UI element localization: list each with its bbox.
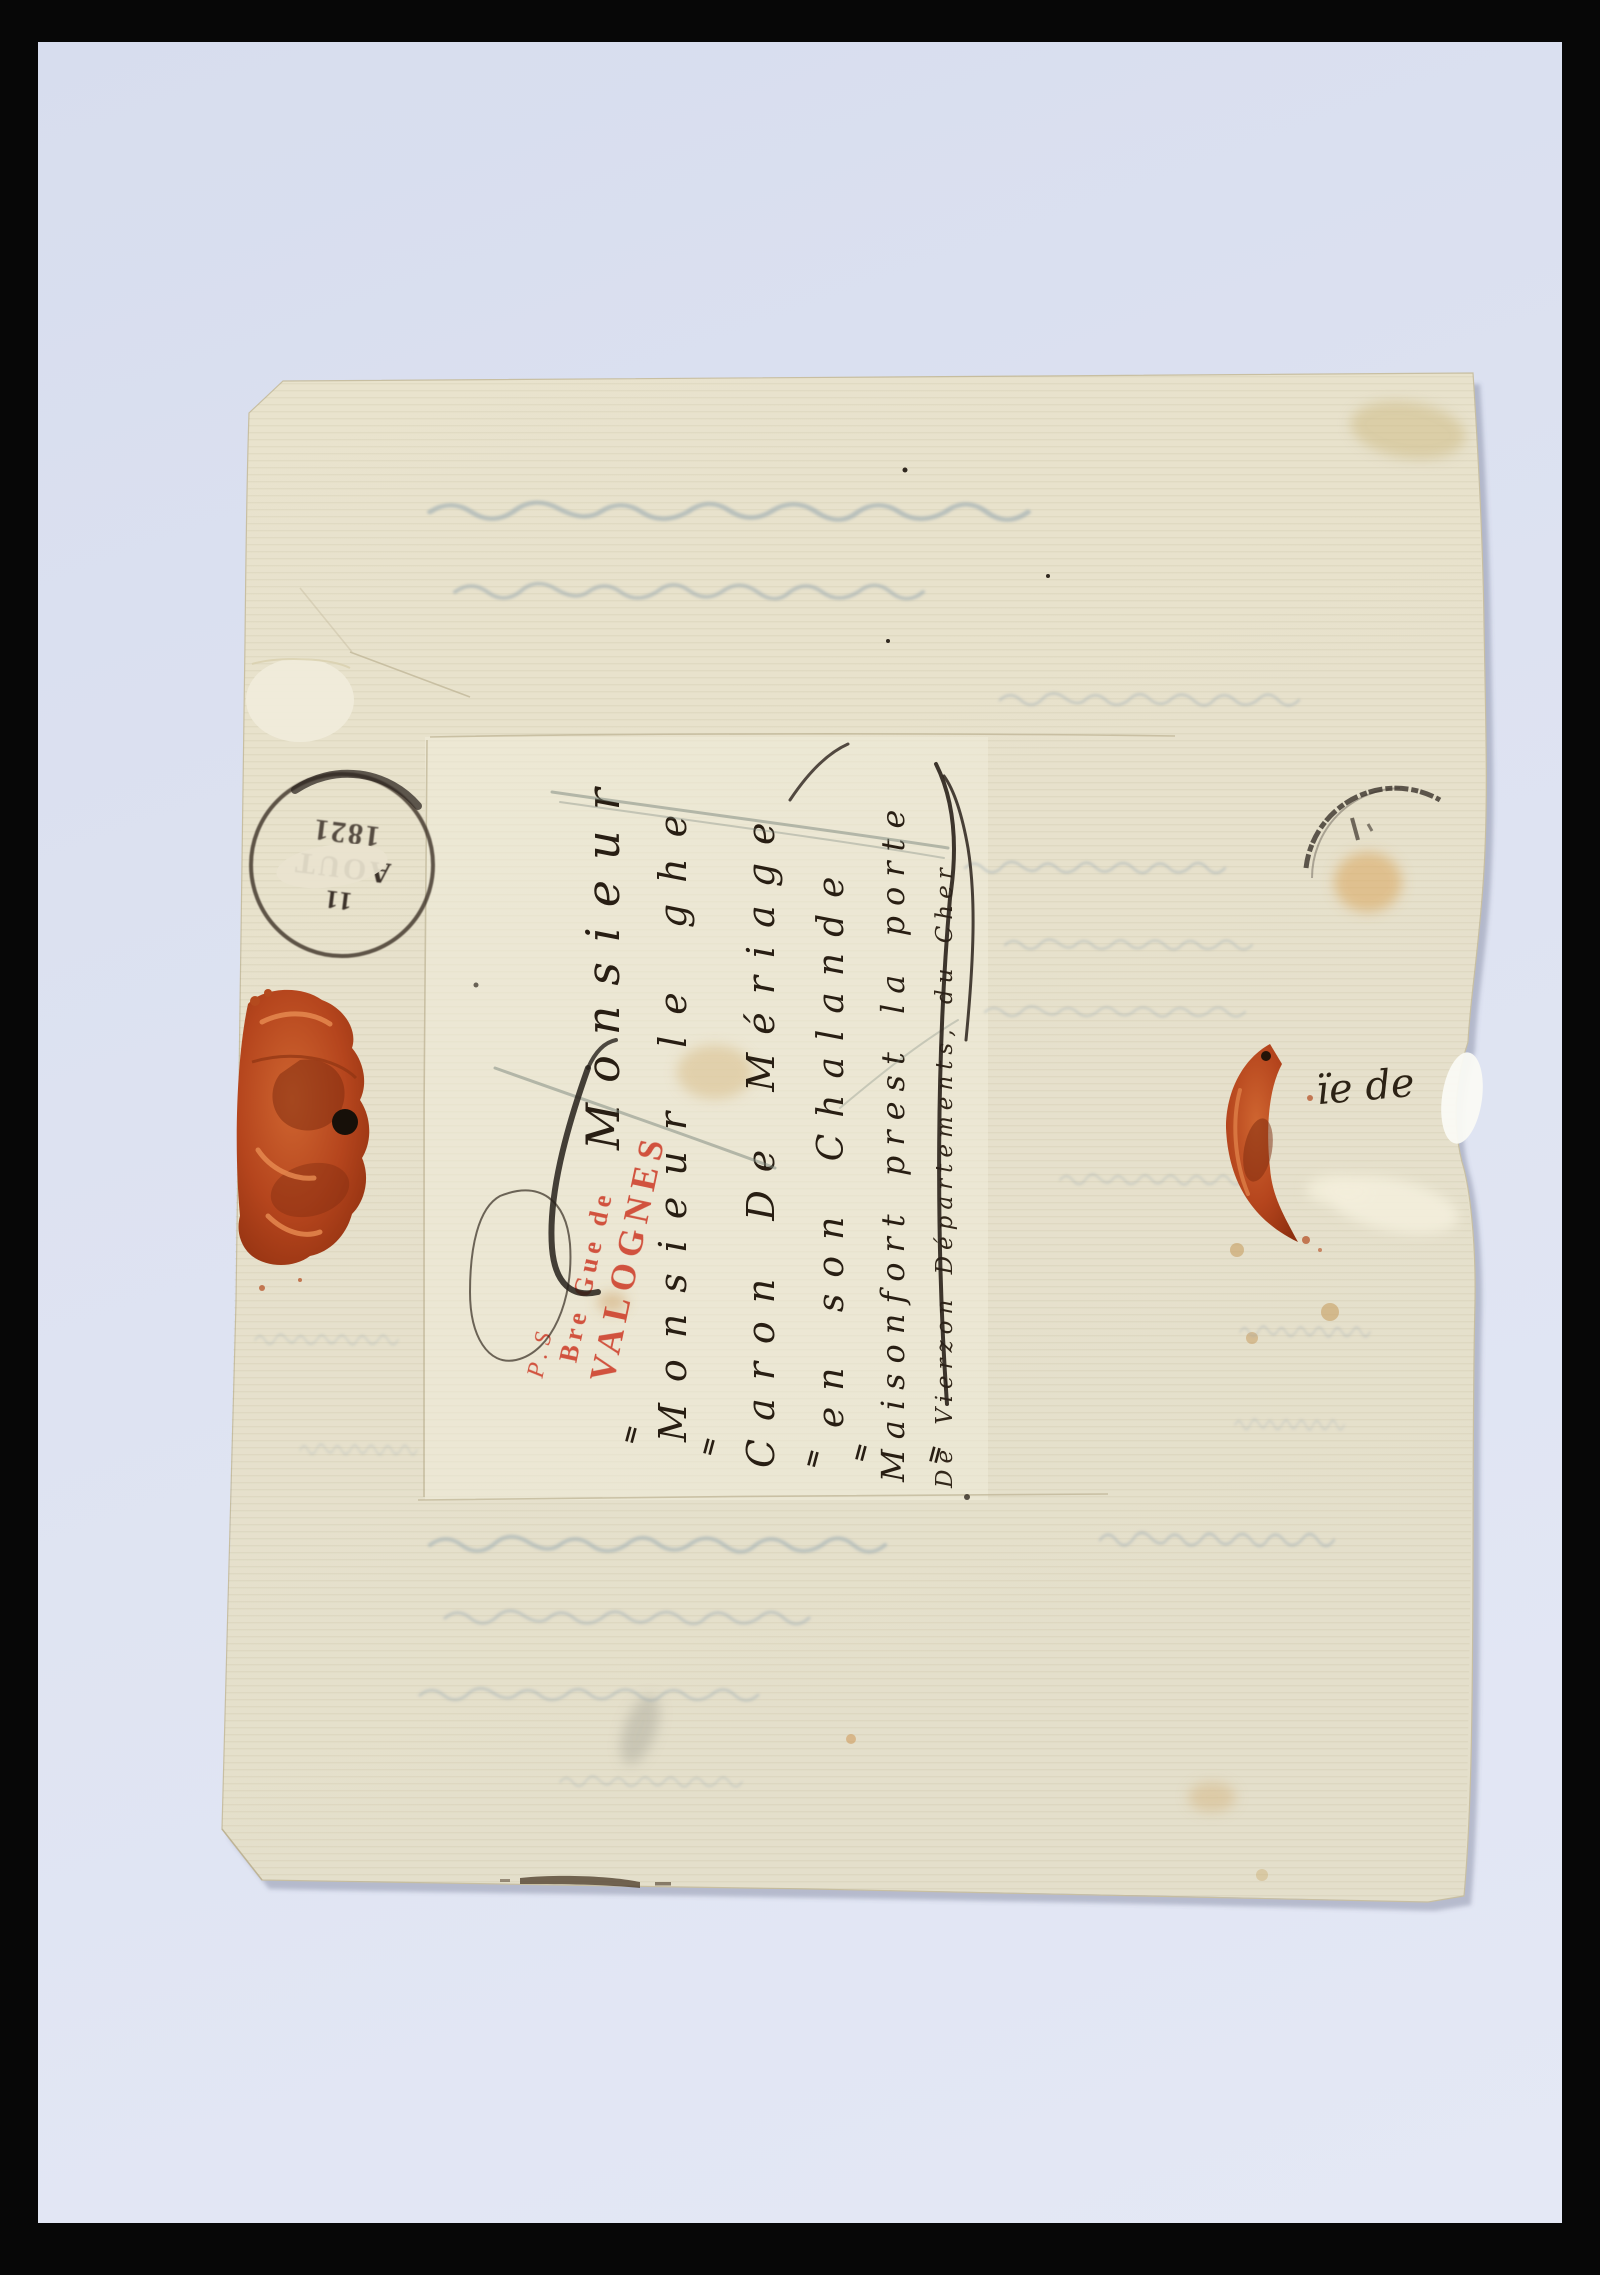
date-stamp-heavy-arc (295, 774, 418, 806)
bottom-edge-smudge (500, 1876, 671, 1888)
pencil-strikes (495, 792, 958, 1168)
scanned-letter-back: 11 AOUT 1821 P.S Bre Gue de VALOGNES Mon… (0, 0, 1600, 2275)
date-stamp-smear (274, 837, 391, 894)
scan-artwork-overlay (0, 0, 1600, 2275)
ink-paraph (470, 1040, 616, 1361)
